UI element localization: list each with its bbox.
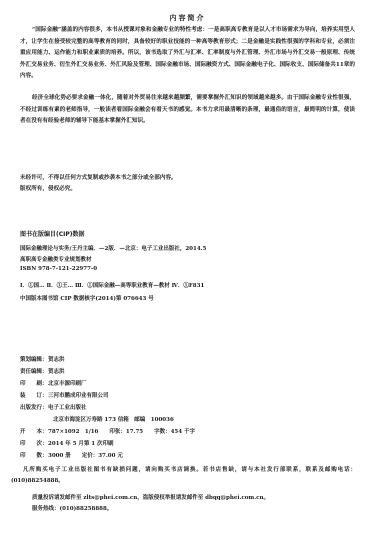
colophon-row: 印 次：2014 年 5 月第 1 次印刷 (20, 439, 114, 447)
copyright-notice: 未经许可，不得以任何方式复制或抄袭本书之部分或全部内容。 (20, 173, 177, 181)
cip-record-number: 中国版本图书馆 CIP 数据核字(2014)第 076643 号 (20, 294, 154, 302)
copyright-page: 内容简介 “国际金融”涵盖的内容很多，本书从授课对象和金融专业的特性考虑：一是高… (0, 0, 375, 534)
colophon-row: 责任编辑：贺志洪 (20, 367, 65, 375)
service-hotline: 服务热线：(010)88258888。 (32, 504, 112, 512)
copyright-rights: 版权所有，侵权必究。 (20, 184, 76, 192)
colophon-row: 出版发行：电子工业出版社 (20, 403, 87, 411)
cip-heading: 图书在版编目(CIP)数据 (20, 229, 85, 238)
colophon-row: 开 本：787×1092 1/16 印张：17.75 字数：454 千字 (20, 427, 195, 435)
summary-title: 内容简介 (0, 13, 375, 23)
summary-paragraph-1: “国际金融”涵盖的内容很多，本书从授课对象和金融专业的特性考虑：一是高职高专教育… (20, 25, 355, 83)
colophon-row: 印 数：3000 册 定价：37.00 元 (20, 451, 123, 459)
colophon-row: 印 刷：北京丰源印刷厂 (20, 379, 87, 387)
complaint-notice: 质量投诉请发邮件至 zlts@phei.com.cn，盗版侵权举报请发邮件至 d… (32, 493, 269, 501)
cip-isbn: ISBN 978-7-121-22977-0 (20, 266, 97, 272)
purchase-notice: 凡所购买电子工业出版社图书有缺损问题，请向购买书店调换。若书店售缺，请与本社发行… (11, 465, 356, 487)
cip-series: 高职高专金融类专业规划教材 (20, 255, 92, 263)
cip-bibliographic-line: 国际金融理论与实务/王丹主编．—2版．—北京：电子工业出版社，2014.5 (20, 244, 206, 252)
colophon-address: 北京市海淀区万寿路 173 信箱 邮编 100036 (53, 415, 174, 423)
colophon-row: 策划编辑：贺志洪 (20, 355, 65, 363)
colophon-row: 装 订：三河市鹏成印业有限公司 (20, 391, 109, 399)
cip-classification: Ⅰ．①国… Ⅱ．①王… Ⅲ．①国际金融—高等职业教育—教材 Ⅳ．①F831 (20, 281, 204, 289)
summary-paragraph-2: 经济全球化势必要求金融一体化，随着对外贸易往来越来越频繁，需要掌握外汇知识的领域… (20, 93, 355, 128)
